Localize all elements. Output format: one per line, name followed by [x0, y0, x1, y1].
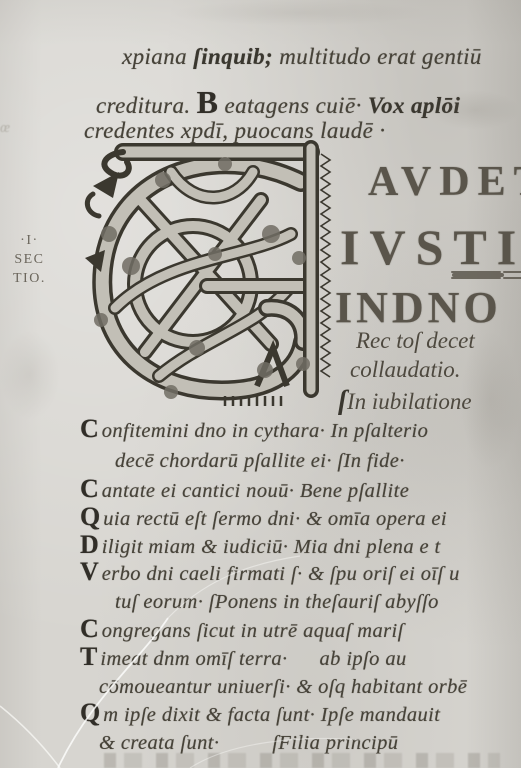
body-line: Congregans ſicut in utrē aquaſ mariſ: [80, 614, 404, 644]
body-line-text: & creata ſunt· ſFilia principū: [99, 732, 398, 754]
body-line-text: m ipſe dixit & facta ſunt· Ipſe mandauit: [103, 704, 440, 726]
body-line: Verbo dni caeli firmati ſ· & ſpu oriſ ei…: [80, 557, 460, 587]
body-line-text: imeat dnm omīſ terra· ab ipſo au: [100, 648, 406, 670]
versal-cap: C: [80, 474, 99, 503]
versal-cap: C: [80, 614, 99, 643]
body-line-text: uia rectū eſt ſermo dni· & omīa opera ei: [103, 508, 447, 530]
text-line-2: creditura. B eatagens cuiē· Vox aplōi: [96, 84, 460, 121]
manuscript-page: ·I· SEC TIO. œ xpiana ſinquib; multitudo…: [0, 0, 521, 768]
heading-word-gaudete: AVDETE: [368, 158, 521, 206]
heading-word-iusti: IVSTI: [340, 218, 521, 276]
subheading-line-1: Rec toſ decet: [356, 328, 475, 354]
body-line: cōmoueantur uniuerſi· & oſq habitant orb…: [96, 670, 467, 700]
subheading-line-3: ſIn iubilatione: [338, 385, 472, 416]
body-line: Diligit miam & iudiciū· Mia dni plena e …: [80, 530, 441, 560]
body-line-text: ongregans ſicut in utrē aquaſ mariſ: [102, 620, 404, 642]
edge-bleed-smudge: œ: [0, 120, 10, 137]
subheading-line-2: collaudatio.: [350, 357, 461, 383]
versal-cap: Q: [80, 502, 100, 531]
body-line: tuſ eorum· ſPonens in theſauriſ abyſſo: [112, 585, 439, 615]
body-line: Cantate ei cantici nouū· Bene pſallite: [80, 474, 409, 504]
cut-off-text-line: [90, 753, 500, 768]
body-line-text: antate ei cantici nouū· Bene pſallite: [102, 480, 409, 502]
text-line-2-a: creditura.: [96, 93, 197, 118]
body-line: Qm ipſe dixit & facta ſunt· Ipſe mandaui…: [80, 698, 440, 728]
margin-note-line: TIO.: [13, 269, 46, 288]
body-line-text: decē chordarū pſallite ei· ſIn fide·: [115, 450, 405, 472]
ink-bleed-smudge: [0, 330, 60, 420]
body-line-text: onfitemini dno in cythara· In pſalterio: [102, 420, 428, 442]
paragraph-mark: ſ: [338, 385, 347, 415]
text-line-1-a: xpiana: [122, 44, 193, 69]
versal-cap: T: [80, 642, 97, 671]
body-line: decē chordarū pſallite ei· ſIn fide·: [112, 444, 405, 474]
margin-note-line: SEC: [13, 250, 46, 269]
body-line-text: cōmoueantur uniuerſi· & oſq habitant orb…: [99, 676, 467, 698]
versal-cap: Q: [80, 698, 100, 727]
ink-bleed-smudge: [170, 0, 430, 26]
margin-note-line: ·I·: [13, 231, 46, 250]
text-line-1-c: multitudo erat gentiū: [273, 44, 482, 69]
spiked-border: [321, 154, 330, 377]
versal-cap: D: [80, 530, 99, 559]
body-line-text: iligit miam & iudiciū· Mia dni plena e t: [102, 536, 441, 558]
body-line: Confitemini dno in cythara· In pſalterio: [80, 414, 428, 444]
body-line-text: tuſ eorum· ſPonens in theſauriſ abyſſo: [115, 591, 439, 613]
text-line-1-b: ſinquib;: [193, 44, 273, 69]
versal-cap: C: [80, 414, 99, 443]
interlace-initial-drawing: [75, 138, 333, 410]
body-line: Timeat dnm omīſ terra· ab ipſo au: [80, 642, 407, 672]
text-line-2-c: eatagens cuiē·: [218, 93, 367, 118]
versal-b: B: [197, 84, 219, 120]
subheading-line-3-text: In iubilatione: [347, 389, 472, 414]
abbreviation-mark: [452, 273, 504, 277]
margin-section-note: ·I· SEC TIO.: [13, 231, 46, 288]
body-line-text: erbo dni caeli firmati ſ· & ſpu oriſ ei …: [102, 563, 460, 585]
heading-word-indno: INDNO: [335, 282, 502, 333]
body-line: Quia rectū eſt ſermo dni· & omīa opera e…: [80, 502, 447, 532]
versal-cap: V: [80, 557, 99, 586]
text-line-1: xpiana ſinquib; multitudo erat gentiū: [122, 44, 482, 70]
illuminated-initial-g: [75, 138, 333, 410]
text-line-2-d: Vox aplōi: [368, 93, 460, 118]
body-line: & creata ſunt· ſFilia principū: [96, 726, 398, 756]
